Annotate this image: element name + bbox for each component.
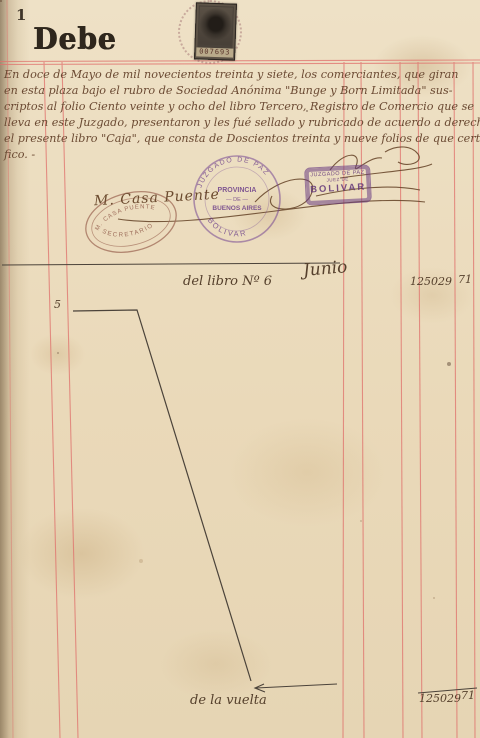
rect-stamp: JUZGADO DE PAZ JUEZ DE BOLIVAR (304, 164, 372, 205)
carry-label: de la vuelta (190, 693, 267, 708)
entry-description: del libro Nº 6 (183, 274, 272, 289)
revenue-stamp: 007693 (194, 2, 237, 60)
cancellation-stroke (73, 310, 251, 681)
margin-row-number: 5 (54, 298, 61, 311)
revenue-stamp-serial: 007693 (196, 47, 233, 57)
round-stamp-center-2: — DE — (226, 197, 248, 203)
carry-amount-cents: 71 (461, 689, 475, 702)
certification-line: criptos al folio Ciento veinte y ocho de… (4, 99, 437, 115)
ledger-page: M. CASA PUENTE SECRETARIO JUZGADO DE PAZ… (0, 0, 480, 738)
paper-specks (0, 0, 2, 2)
page-title: Debe (33, 21, 117, 57)
round-stamp-center-3: BUENOS AIRES (212, 205, 262, 212)
carry-amount: 125029 (419, 692, 455, 705)
entry-amount: 125029 (406, 275, 452, 288)
certification-text: En doce de Mayo de mil novecientos trein… (4, 67, 437, 163)
certification-line: en esta plaza bajo el rubro de Sociedad … (4, 83, 437, 99)
entry-amount-cents: 71 (458, 273, 472, 286)
section-rule (2, 263, 340, 265)
folio-number: 1 (16, 6, 26, 24)
entry-month: Junio (302, 257, 348, 281)
round-stamp-center-1: PROVINCIA (218, 187, 257, 194)
carry-arrow (255, 684, 337, 692)
certification-line: lleva en este Juzgado, presentaron y les… (4, 115, 437, 131)
certification-line: el presente libro "Caja", que consta de … (4, 131, 437, 147)
eagle-emblem (199, 6, 233, 45)
rect-stamp-line3: BOLIVAR (306, 181, 370, 195)
certification-line: En doce de Mayo de mil novecientos trein… (4, 67, 437, 83)
certification-line: fico. - (4, 147, 437, 163)
